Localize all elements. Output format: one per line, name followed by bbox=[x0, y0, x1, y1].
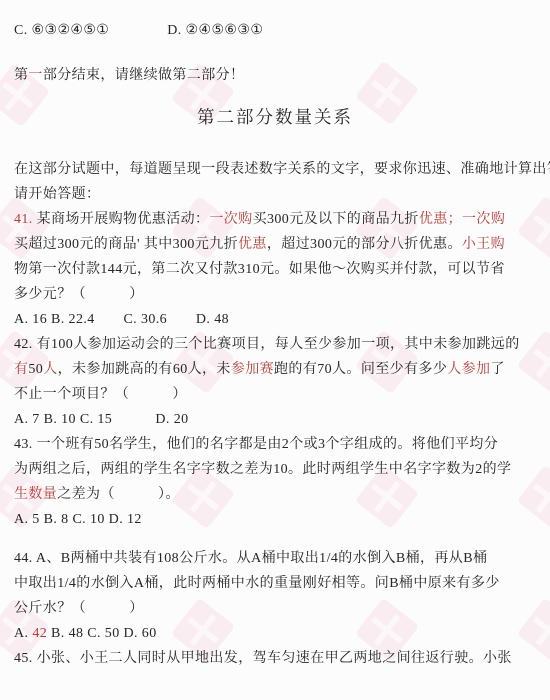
question-44: 44. A、B两桶中共装有108公斤水。从A桶中取出1/4的水倒入B桶，再从B桶… bbox=[14, 546, 536, 646]
text-segment: 一次购 bbox=[462, 212, 505, 227]
text-line: 物第一次付款144元，第二次又付款310元。如果他～次购买并付款，可以节省 bbox=[14, 257, 536, 282]
section-instructions: 在这部分试题中，每道题呈现一段表述数字关系的文字，要求你迅速、准确地计算出答案。 bbox=[14, 157, 536, 182]
question-43-options: A. 5 B. 8 C. 10 D. 12 bbox=[14, 507, 536, 532]
text-segment: 人参加 bbox=[447, 362, 490, 377]
text-segment: 公斤水？（ ） bbox=[14, 601, 144, 616]
text-line: 中取出1/4的水倒入A桶，此时两桶中水的重量刚好相等。问B桶中原来有多少 bbox=[14, 571, 536, 596]
question-42-options: A. 7 B. 10 C. 15 D. 20 bbox=[14, 407, 536, 432]
question-42-text: 42. 有100人参加运动会的三个比赛项目，每人至少参加一项，其中未参加跳远的有… bbox=[14, 332, 536, 407]
text-segment: 中取出1/4的水倒入A桶，此时两桶中水的重量刚好相等。问B桶中原来有多少 bbox=[14, 576, 500, 591]
text-segment: 部分结束，请继续做第二部分！ bbox=[43, 68, 245, 83]
text-line: 43. 一个班有50名学生，他们的名字都是由2个或3个字组成的。将他们平均分 bbox=[14, 432, 536, 457]
text-segment: 小王购 bbox=[462, 237, 505, 252]
text-segment: 优惠； bbox=[419, 212, 462, 227]
text-segment: 多少元？（ ） bbox=[14, 287, 144, 302]
text-segment: 一次购 bbox=[209, 212, 252, 227]
text-segment: 不止一个项目？（ ） bbox=[14, 387, 187, 402]
question-42: 42. 有100人参加运动会的三个比赛项目，每人至少参加一项，其中未参加跳远的有… bbox=[14, 332, 536, 432]
text-line: 不止一个项目？（ ） bbox=[14, 382, 536, 407]
text-segment: 人 bbox=[43, 362, 57, 377]
text-segment: ，未参加跳高的有60人，未 bbox=[58, 362, 231, 377]
text-segment: 之差为（ ）。 bbox=[57, 487, 180, 502]
text-segment: C. ⑥③②④⑤① bbox=[14, 23, 109, 38]
question-41-text: 41. 某商场开展购物优惠活动：一次购买300元及以下的商品九折优惠；一次购买超… bbox=[14, 207, 536, 307]
text-segment: 44. A、B两桶中共装有108公斤水。从A桶中取出1/4的水倒入B桶，再从B桶 bbox=[14, 551, 487, 566]
text-segment: 第 bbox=[14, 68, 28, 83]
text-segment: 41. bbox=[14, 212, 33, 227]
text-segment: 物第一次付款144元，第二次又付款310元。如果他～次购买并付款，可以节省 bbox=[14, 262, 505, 277]
text-segment: 为两组之后，两组的学生名字字数之差为10。此时两组学生中名字字数为2的学 bbox=[14, 462, 511, 477]
text-line: 41. 某商场开展购物优惠活动：一次购买300元及以下的商品九折优惠；一次购 bbox=[14, 207, 536, 232]
text-segment: ，超过300元的部分八折优惠。 bbox=[267, 237, 462, 252]
text-line: 44. A、B两桶中共装有108公斤水。从A桶中取出1/4的水倒入B桶，再从B桶 bbox=[14, 546, 536, 571]
text-segment: 42. 有100人参加运动会的三个比赛项目，每人至少参加一项，其中未参加跳远的 bbox=[14, 337, 520, 352]
text-line: 多少元？（ ） bbox=[14, 282, 536, 307]
text-segment: B. 48 C. 50 D. 60 bbox=[47, 626, 157, 641]
question-41: 41. 某商场开展购物优惠活动：一次购买300元及以下的商品九折优惠；一次购买超… bbox=[14, 207, 536, 332]
text-segment: 了 bbox=[490, 362, 504, 377]
previous-question-options: C. ⑥③②④⑤①D. ②④⑤⑥③① bbox=[14, 18, 536, 43]
text-segment: 42 bbox=[32, 626, 47, 641]
text-segment: 优惠 bbox=[238, 237, 267, 252]
text-segment: 买超过300元的商品' 其中300元九折 bbox=[14, 237, 238, 252]
question-41-options: A. 16 B. 22.4 C. 30.6 D. 48 bbox=[14, 307, 536, 332]
start-prompt: 请开始答题： bbox=[14, 182, 536, 207]
question-43-text: 43. 一个班有50名学生，他们的名字都是由2个或3个字组成的。将他们平均分为两… bbox=[14, 432, 536, 507]
text-line: 买超过300元的商品' 其中300元九折优惠，超过300元的部分八折优惠。小王购 bbox=[14, 232, 536, 257]
text-line: 42. 有100人参加运动会的三个比赛项目，每人至少参加一项，其中未参加跳远的 bbox=[14, 332, 536, 357]
question-45: 45. 小张、小王二人同时从甲地出发，驾车匀速在甲乙两地之间往返行驶。小张 bbox=[14, 646, 536, 671]
text-segment: A. 7 B. 10 C. 15 D. 20 bbox=[14, 412, 189, 427]
text-segment: 某商场开展购物优惠活动： bbox=[33, 212, 210, 227]
text-segment: D. ②④⑤⑥③① bbox=[167, 23, 263, 38]
text-line: 45. 小张、小王二人同时从甲地出发，驾车匀速在甲乙两地之间往返行驶。小张 bbox=[14, 646, 536, 671]
question-45-text: 45. 小张、小王二人同时从甲地出发，驾车匀速在甲乙两地之间往返行驶。小张 bbox=[14, 646, 536, 671]
text-segment: A. 16 B. 22.4 C. 30.6 D. 48 bbox=[14, 312, 229, 327]
text-segment: 买300元及以下的商品九折 bbox=[253, 212, 419, 227]
section-title: 第二部分数量关系 bbox=[14, 104, 536, 131]
text-segment: 43. 一个班有50名学生，他们的名字都是由2个或3个字组成的。将他们平均分 bbox=[14, 437, 498, 452]
text-segment: A. 5 B. 8 C. 10 D. 12 bbox=[14, 512, 142, 527]
text-segment: 跑的有70人。问至少有多少 bbox=[274, 362, 447, 377]
text-segment: 一 bbox=[28, 68, 42, 83]
text-line: 有50人，未参加跳高的有60人，未参加赛跑的有70人。问至少有多少人参加了 bbox=[14, 357, 536, 382]
text-segment: 50 bbox=[28, 362, 43, 377]
question-43: 43. 一个班有50名学生，他们的名字都是由2个或3个字组成的。将他们平均分为两… bbox=[14, 432, 536, 532]
text-segment: 45. 小张、小王二人同时从甲地出发，驾车匀速在甲乙两地之间往返行驶。小张 bbox=[14, 651, 512, 666]
text-segment: A. bbox=[14, 626, 32, 641]
text-segment: 生数量 bbox=[14, 487, 57, 502]
text-line: 公斤水？（ ） bbox=[14, 596, 536, 621]
exam-page: C. ⑥③②④⑤①D. ②④⑤⑥③① 第一部分结束，请继续做第二部分！ 第二部分… bbox=[0, 0, 550, 671]
text-line: 为两组之后，两组的学生名字字数之差为10。此时两组学生中名字字数为2的学 bbox=[14, 457, 536, 482]
text-segment: 参加赛 bbox=[231, 362, 274, 377]
section-transition-note: 第一部分结束，请继续做第二部分！ bbox=[14, 63, 536, 88]
question-44-text: 44. A、B两桶中共装有108公斤水。从A桶中取出1/4的水倒入B桶，再从B桶… bbox=[14, 546, 536, 621]
text-segment: 有 bbox=[14, 362, 28, 377]
text-line: 生数量之差为（ ）。 bbox=[14, 482, 536, 507]
question-44-options: A. 42 B. 48 C. 50 D. 60 bbox=[14, 621, 536, 646]
